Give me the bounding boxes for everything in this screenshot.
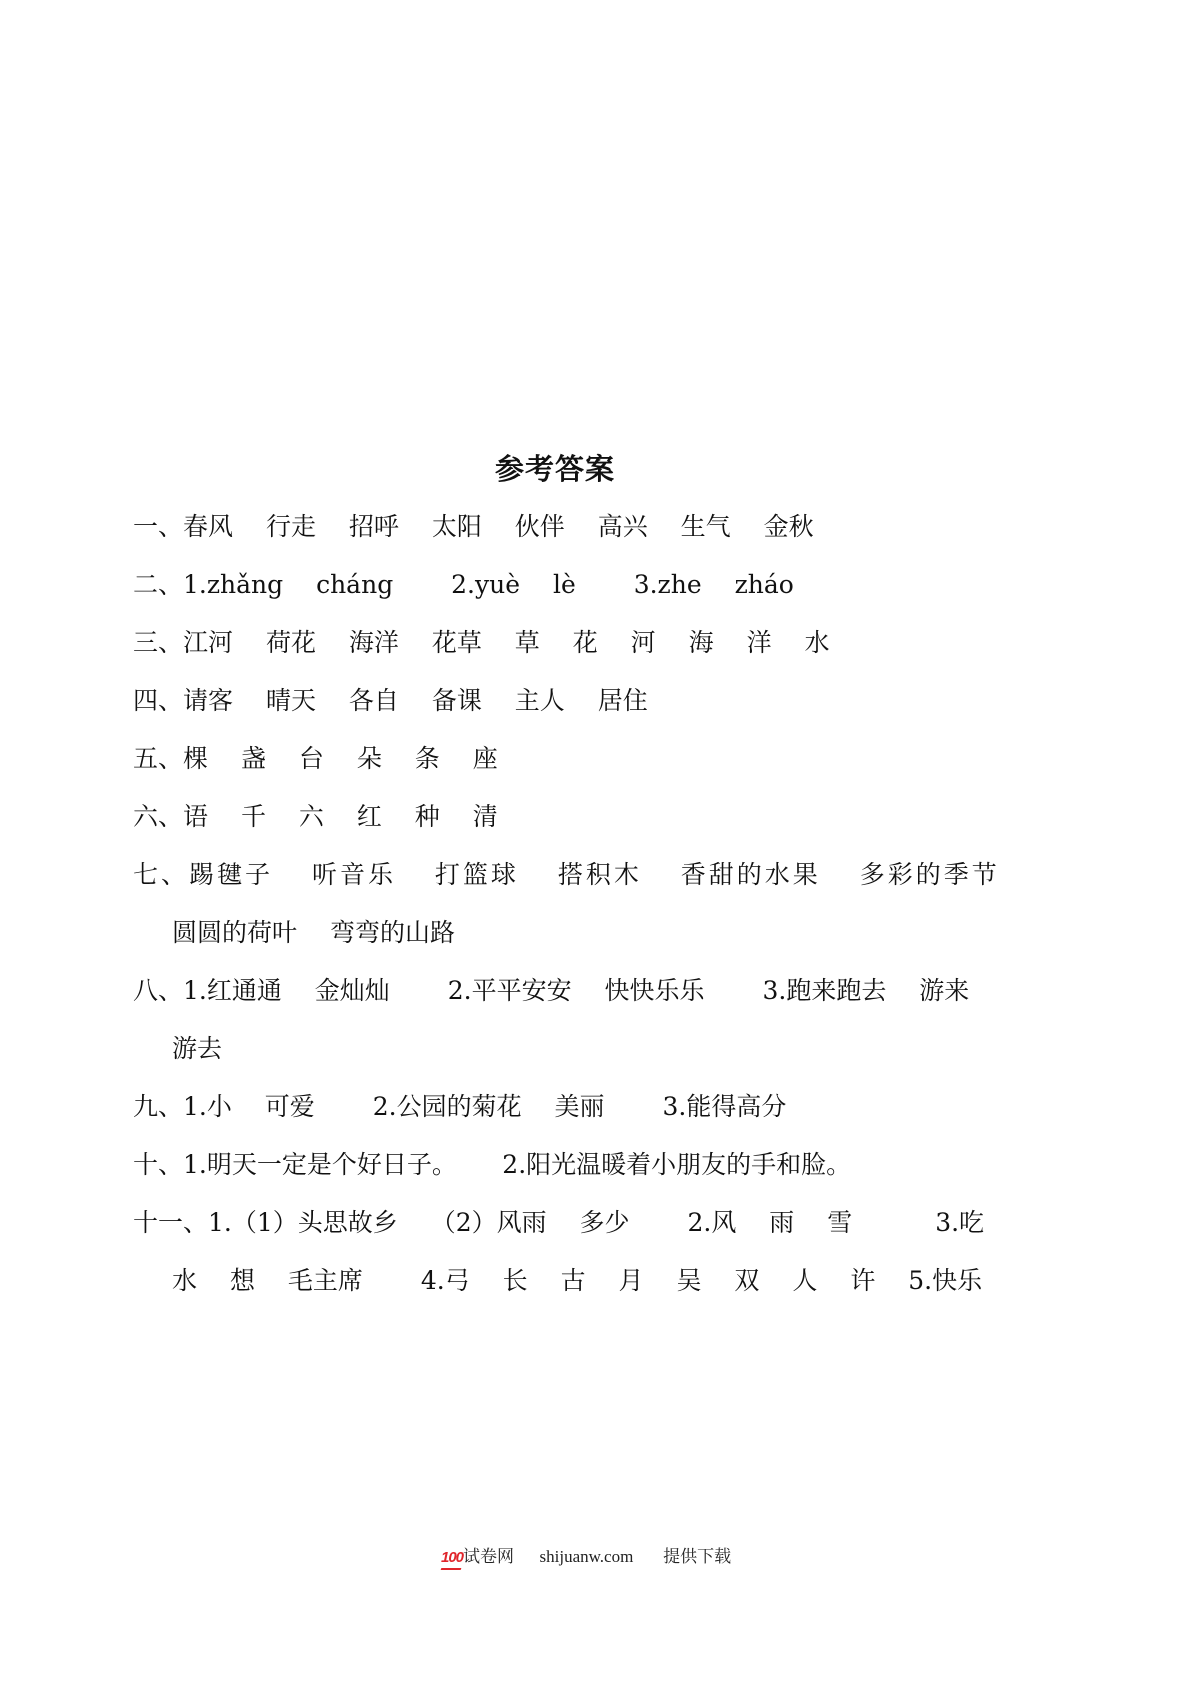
footer-slogan: 提供下载 [663, 1547, 731, 1566]
answer-line-3: 三、江河 荷花 海洋 花草 草 花 河 海 洋 水 [133, 625, 830, 661]
answer-line-8-continued: 游去 [172, 1031, 222, 1067]
answer-line-8: 八、1.红通通 金灿灿 2.平平安安 快快乐乐 3.跑来跑去 游来 [133, 973, 969, 1009]
logo-100-icon: 100 [441, 1543, 463, 1573]
footer: 100试卷网 shijuanw.com 提供下载 [424, 1512, 731, 1542]
answer-line-7-continued: 圆圆的荷叶 弯弯的山路 [172, 915, 455, 951]
answer-line-10: 十、1.明天一定是个好日子。 2.阳光温暖着小朋友的手和脸。 [133, 1147, 851, 1183]
footer-site-name: 试卷网 [463, 1547, 514, 1566]
answer-line-6: 六、语 千 六 红 种 清 [133, 799, 498, 835]
answer-line-5: 五、棵 盏 台 朵 条 座 [133, 741, 498, 777]
answer-line-11: 十一、1.（1）头思故乡 （2）风雨 多少 2.风 雨 雪 3.吃 [133, 1205, 984, 1241]
answer-line-11-continued: 水 想 毛主席 4.弓 长 古 月 吴 双 人 许 5.快乐 [172, 1263, 982, 1299]
answer-line-4: 四、请客 晴天 各自 备课 主人 居住 [133, 683, 648, 719]
answer-line-2: 二、1.zhǎng cháng 2.yuè lè 3.zhe zháo [133, 567, 794, 603]
page-title: 参考答案 [0, 447, 1110, 488]
footer-url[interactable]: shijuanw.com [540, 1547, 634, 1566]
answer-line-1: 一、春风 行走 招呼 太阳 伙伴 高兴 生气 金秋 [133, 509, 814, 545]
answer-line-7: 七、踢毽子 听音乐 打篮球 搭积木 香甜的水果 多彩的季节 [133, 857, 1000, 893]
answer-line-9: 九、1.小 可爱 2.公园的菊花 美丽 3.能得高分 [133, 1089, 786, 1125]
